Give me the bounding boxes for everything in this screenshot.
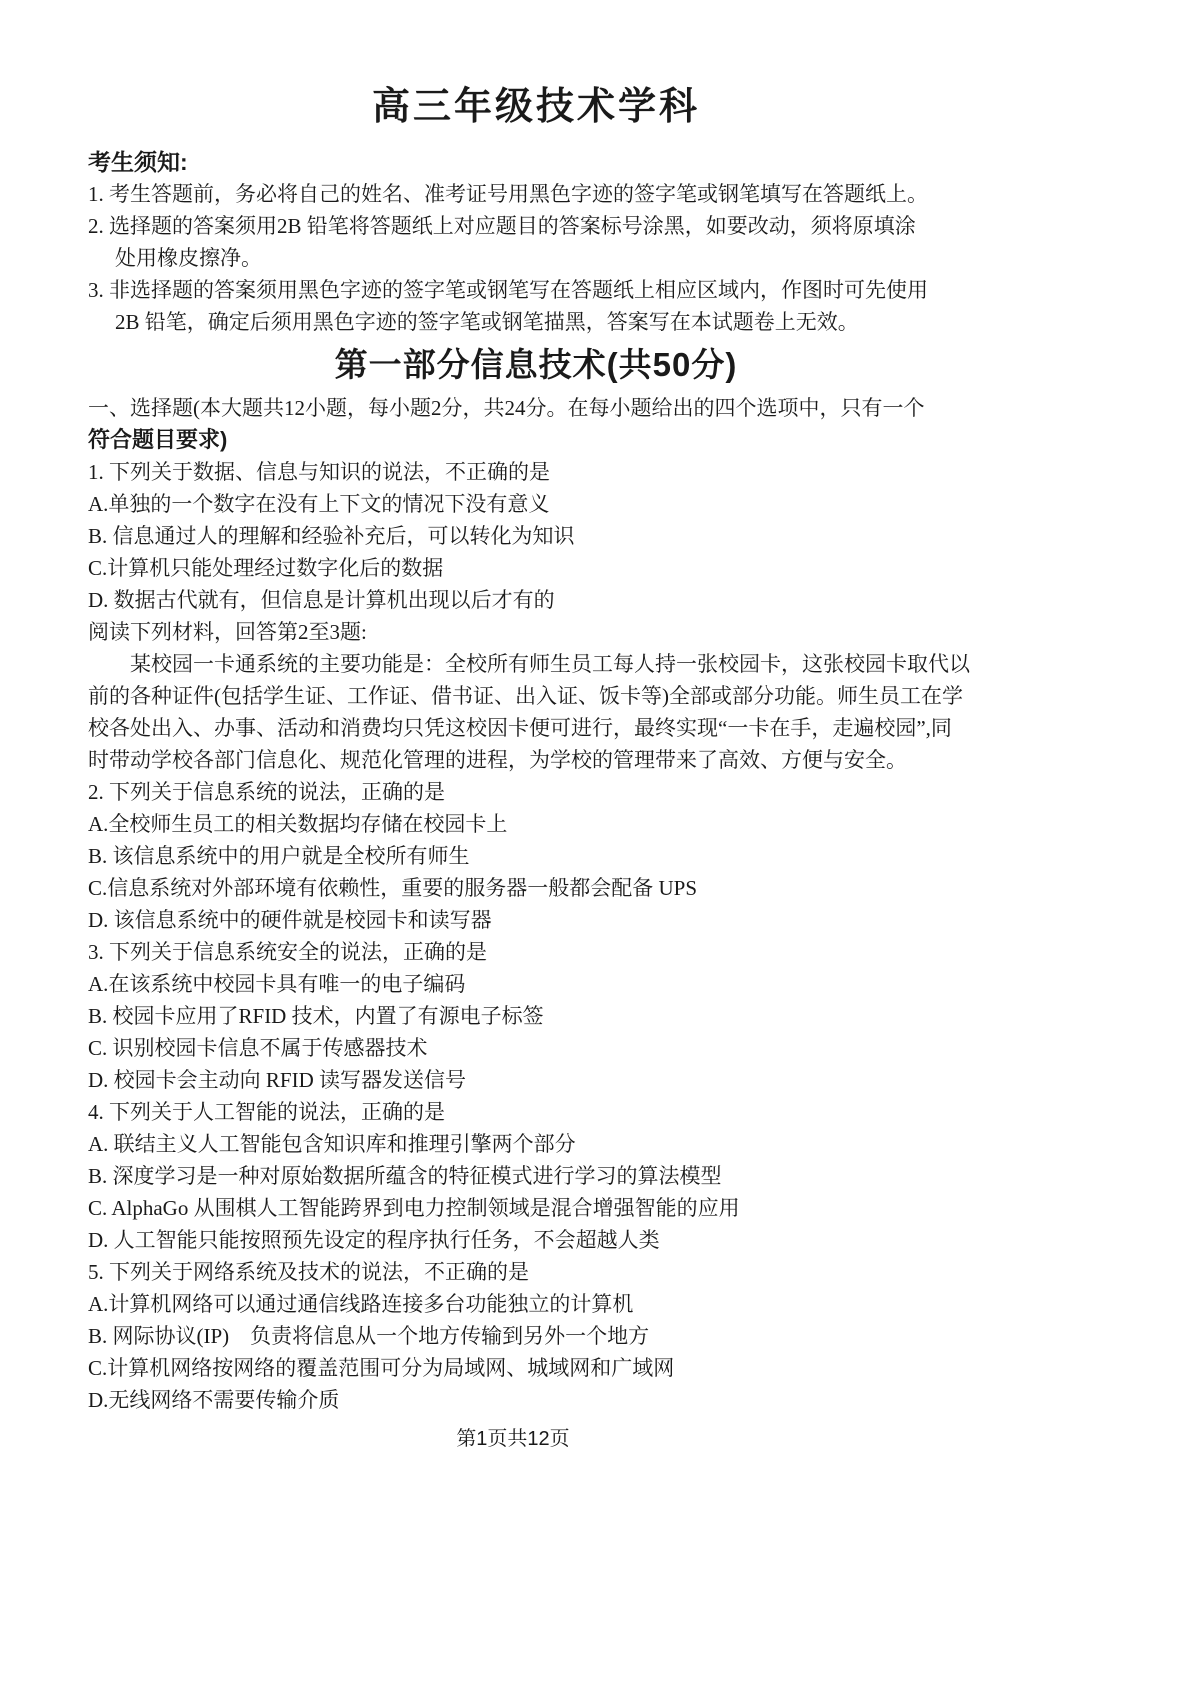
question-3-option-a: A.在该系统中校园卡具有唯一的电子编码 xyxy=(88,968,1048,1000)
page-number: 第1页共12页 xyxy=(88,1424,938,1454)
exam-page: 高三年级技术学科 考生须知: 1. 考生答题前，务必将自己的姓名、准考证号用黑色… xyxy=(0,0,1200,1698)
question-5-stem: 5. 下列关于网络系统及技术的说法，不正确的是 xyxy=(88,1256,1048,1288)
question-4-option-a: A. 联结主义人工智能包含知识库和推理引擎两个部分 xyxy=(88,1128,1048,1160)
question-4-option-d: D. 人工智能只能按照预先设定的程序执行任务，不会超越人类 xyxy=(88,1224,1048,1256)
reading-line-2: 前的各种证件(包括学生证、工作证、借书证、出入证、饭卡等)全部或部分功能。师生员… xyxy=(88,680,1048,712)
question-4: 4. 下列关于人工智能的说法，正确的是 A. 联结主义人工智能包含知识库和推理引… xyxy=(88,1096,1048,1256)
notice-header: 考生须知: xyxy=(88,146,1048,178)
notice-item-3-line-2: 2B 铅笔，确定后须用黑色字迹的签字笔或钢笔描黑，答案写在本试题卷上无效。 xyxy=(88,306,1048,338)
question-5-option-b: B. 网际协议(IP) 负责将信息从一个地方传输到另外一个地方 xyxy=(88,1320,1048,1352)
question-4-option-c: C. AlphaGo 从围棋人工智能跨界到电力控制领域是混合增强智能的应用 xyxy=(88,1192,1048,1224)
question-5-option-d: D.无线网络不需要传输介质 xyxy=(88,1384,1048,1416)
reading-intro: 阅读下列材料，回答第2至3题: xyxy=(88,616,1048,648)
question-5-option-a: A.计算机网络可以通过通信线路连接多台功能独立的计算机 xyxy=(88,1288,1048,1320)
notice-item-1-line-1: 1. 考生答题前，务必将自己的姓名、准考证号用黑色字迹的签字笔或钢笔填写在答题纸… xyxy=(88,178,1048,210)
question-3-option-d: D. 校园卡会主动向 RFID 读写器发送信号 xyxy=(88,1064,1048,1096)
question-5-option-c: C.计算机网络按网络的覆盖范围可分为局域网、城域网和广域网 xyxy=(88,1352,1048,1384)
question-3-option-c: C. 识别校园卡信息不属于传感器技术 xyxy=(88,1032,1048,1064)
notice-item-2-line-1: 2. 选择题的答案须用2B 铅笔将答题纸上对应题目的答案标号涂黑，如要改动，须将… xyxy=(88,210,1048,242)
question-1-option-a: A.单独的一个数字在没有上下文的情况下没有意义 xyxy=(88,488,1048,520)
question-5: 5. 下列关于网络系统及技术的说法，不正确的是 A.计算机网络可以通过通信线路连… xyxy=(88,1256,1048,1416)
notice-item-2-line-2: 处用橡皮擦净。 xyxy=(88,242,1048,274)
question-4-option-b: B. 深度学习是一种对原始数据所蕴含的特征模式进行学习的算法模型 xyxy=(88,1160,1048,1192)
question-2-option-b: B. 该信息系统中的用户就是全校所有师生 xyxy=(88,840,1048,872)
question-3: 3. 下列关于信息系统安全的说法，正确的是 A.在该系统中校园卡具有唯一的电子编… xyxy=(88,936,1048,1096)
question-4-stem: 4. 下列关于人工智能的说法，正确的是 xyxy=(88,1096,1048,1128)
question-1-option-d: D. 数据古代就有，但信息是计算机出现以后才有的 xyxy=(88,584,1048,616)
question-2: 2. 下列关于信息系统的说法，正确的是 A.全校师生员工的相关数据均存储在校园卡… xyxy=(88,776,1048,936)
section-intro-line-1: 一、选择题(本大题共12小题，每小题2分，共24分。在每小题给出的四个选项中，只… xyxy=(88,392,1048,424)
page-title: 高三年级技术学科 xyxy=(88,84,984,130)
reading-line-1: 某校园一卡通系统的主要功能是：全校所有师生员工每人持一张校园卡，这张校园卡取代以 xyxy=(88,648,1048,680)
question-2-option-c: C.信息系统对外部环境有依赖性，重要的服务器一般都会配备 UPS xyxy=(88,872,1048,904)
section-heading: 第一部分信息技术(共50分) xyxy=(88,344,984,386)
question-2-option-a: A.全校师生员工的相关数据均存储在校园卡上 xyxy=(88,808,1048,840)
reading-line-3: 校各处出入、办事、活动和消费均只凭这校因卡便可进行，最终实现“一卡在手，走遍校园… xyxy=(88,712,1048,744)
reading-line-4: 时带动学校各部门信息化、规范化管理的进程，为学校的管理带来了高效、方便与安全。 xyxy=(88,744,1048,776)
question-1-stem: 1. 下列关于数据、信息与知识的说法，不正确的是 xyxy=(88,456,1048,488)
question-3-stem: 3. 下列关于信息系统安全的说法，正确的是 xyxy=(88,936,1048,968)
notice-item-3-line-1: 3. 非选择题的答案须用黑色字迹的签字笔或钢笔写在答题纸上相应区域内，作图时可先… xyxy=(88,274,1048,306)
section-intro-line-2: 符合题目要求) xyxy=(88,424,1048,456)
question-1-option-c: C.计算机只能处理经过数字化后的数据 xyxy=(88,552,1048,584)
question-1-option-b: B. 信息通过人的理解和经验补充后，可以转化为知识 xyxy=(88,520,1048,552)
question-3-option-b: B. 校园卡应用了RFID 技术，内置了有源电子标签 xyxy=(88,1000,1048,1032)
reading-material: 阅读下列材料，回答第2至3题: 某校园一卡通系统的主要功能是：全校所有师生员工每… xyxy=(88,616,1048,776)
page-content: 高三年级技术学科 考生须知: 1. 考生答题前，务必将自己的姓名、准考证号用黑色… xyxy=(88,0,1048,1454)
question-2-stem: 2. 下列关于信息系统的说法，正确的是 xyxy=(88,776,1048,808)
question-2-option-d: D. 该信息系统中的硬件就是校园卡和读写器 xyxy=(88,904,1048,936)
question-1: 1. 下列关于数据、信息与知识的说法，不正确的是 A.单独的一个数字在没有上下文… xyxy=(88,456,1048,616)
